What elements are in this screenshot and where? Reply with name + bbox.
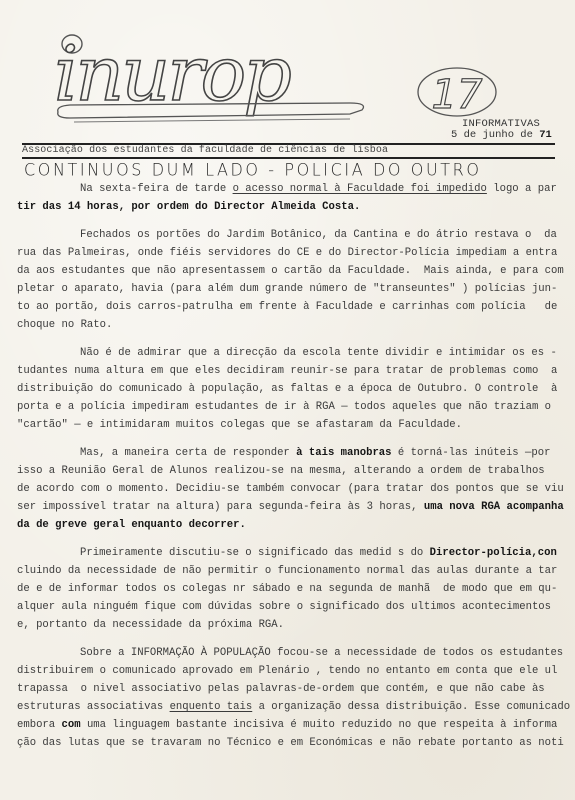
text-line: e, portanto da necessidade da próxima RG… [17,616,562,634]
text-line: "cartão" — e intimidaram muitos colegas … [17,416,562,434]
text-run: rua das Palmeiras, onde fiéis servidores… [17,247,557,259]
text-line: de e de informar todos os colegas nr sáb… [17,580,562,598]
svg-text:17: 17 [432,72,483,118]
text-run: "cartão" — e intimidaram muitos colegas … [17,419,462,431]
text-line: isso a Reunião Geral de Alunos realizou-… [17,462,562,480]
article-paragraph: Sobre a INFORMAÇÃO À POPULAÇÃO focou-se … [17,644,562,752]
logo-wordmark-icon: inurop [50,32,390,127]
article-paragraph: Não é de admirar que a direcção da escol… [17,344,562,434]
text-line: Fechados os portões do Jardim Botânico, … [17,226,562,244]
text-line: trapassa o nivel associativo pelas palav… [17,680,562,698]
text-run: e, portanto da necessidade da próxima RG… [17,619,284,631]
text-line: porta e a polícia impediram estudantes d… [17,398,562,416]
text-run: é torná-las inúteis —por [392,447,551,459]
text-line: embora com uma linguagem bastante incisi… [17,716,562,734]
text-line: da aos estudantes que não apresentassem … [17,262,562,280]
text-line: Não é de admirar que a direcção da escol… [17,344,562,362]
article-body: Na sexta-feira de tarde o acesso normal … [17,180,562,752]
text-run: da aos estudantes que não apresentassem … [17,265,564,277]
header-rule-bottom [22,157,555,159]
text-run: Primeiramente discutiu-se o significado … [80,547,430,559]
article-headline: CONTINUOS DUM LADO - POLICIA DO OUTRO [24,160,482,180]
text-line: tudantes numa altura em que eles decidir… [17,362,562,380]
date-prefix: 5 de junho de [451,129,539,141]
text-run: ser impossível tratar na altura) para se… [17,501,424,513]
paragraph-gap [17,334,562,344]
text-run: uma linguagem bastante incisiva é muito … [81,719,558,731]
text-line: Primeiramente discutiu-se o significado … [17,544,562,562]
text-run: to ao portão, dois carros-patrulha em fr… [17,301,557,313]
paragraph-gap [17,434,562,444]
text-line: estruturas associativas enquento tais a … [17,698,562,716]
text-line: cluindo da necessidade de não permitir o… [17,562,562,580]
text-run: tudantes numa altura em que eles decidir… [17,365,557,377]
text-run: da de greve geral enquanto decorrer. [17,519,246,531]
text-run: porta e a polícia impediram estudantes d… [17,401,551,413]
text-line: de acordo com o momento. Decidiu-se tamb… [17,480,562,498]
article-paragraph: Fechados os portões do Jardim Botânico, … [17,226,562,334]
text-run: pletar o aparato, havia (para além dum g… [17,283,557,295]
article-paragraph: Primeiramente discutiu-se o significado … [17,544,562,634]
text-line: ser impossível tratar na altura) para se… [17,498,562,516]
text-run: alquer aula ninguém fique com dúvidas so… [17,601,551,613]
text-line: Na sexta-feira de tarde o acesso normal … [17,180,562,198]
text-line: Sobre a INFORMAÇÃO À POPULAÇÃO focou-se … [17,644,562,662]
text-run: trapassa o nivel associativo pelas palav… [17,683,545,695]
text-run: o acesso normal à Faculdade foi impedido [233,183,487,195]
text-run: Não é de admirar que a direcção da escol… [80,347,557,359]
text-run: distribuição do comunicado à população, … [17,383,557,395]
text-run: de e de informar todos os colegas nr sáb… [17,583,557,595]
text-run: logo a par [487,183,557,195]
date-year: 71 [539,129,552,141]
text-run: Almeida Costa. [271,201,360,213]
article-paragraph: Mas, a maneira certa de responder à tais… [17,444,562,534]
text-run: Na sexta-feira de tarde [80,183,233,195]
text-line: choque no Rato. [17,316,562,334]
text-run: Sobre a INFORMAÇÃO À POPULAÇÃO focou-se … [80,647,563,659]
text-run: choque no Rato. [17,319,112,331]
text-line: tir das 14 horas, por ordem do Director … [17,198,562,216]
text-run: isso a Reunião Geral de Alunos realizou-… [17,465,545,477]
text-run: à tais manobras [296,447,391,459]
text-line: rua das Palmeiras, onde fiéis servidores… [17,244,562,262]
text-run: embora [17,719,62,731]
text-line: alquer aula ninguém fique com dúvidas so… [17,598,562,616]
text-run: uma nova RGA acompanha [424,501,564,513]
text-line: distribuirem o comunicado aprovado em Pl… [17,662,562,680]
text-line: Mas, a maneira certa de responder à tais… [17,444,562,462]
text-run: de acordo com o momento. Decidiu-se tamb… [17,483,564,495]
text-run: cluindo da necessidade de não permitir o… [17,565,557,577]
text-line: pletar o aparato, havia (para além dum g… [17,280,562,298]
text-run: Fechados os portões do Jardim Botânico, … [80,229,557,241]
organization-name: Associação dos estudantes da faculdade d… [22,145,388,156]
text-run: Mas, a maneira certa de responder [80,447,296,459]
text-run: com [62,719,81,731]
text-line: distribuição do comunicado à população, … [17,380,562,398]
masthead-logo: inurop [50,32,390,127]
paragraph-gap [17,634,562,644]
text-run: a organização dessa distribuição. Esse c… [252,701,570,713]
text-run: distribuirem o comunicado aprovado em Pl… [17,665,557,677]
issue-number-badge: 17 [416,66,498,118]
text-run: ção das lutas que se travaram no Técnico… [17,737,564,749]
text-run: enquento tais [170,701,253,713]
issue-date: 5 de junho de 71 [451,129,552,141]
text-run: estruturas associativas [17,701,170,713]
text-run: Director-polícia,con [430,547,557,559]
text-line: ção das lutas que se travaram no Técnico… [17,734,562,752]
text-run: tir das 14 horas, por ordem do Director [17,201,271,213]
text-line: to ao portão, dois carros-patrulha em fr… [17,298,562,316]
article-paragraph: Na sexta-feira de tarde o acesso normal … [17,180,562,216]
paragraph-gap [17,216,562,226]
text-line: da de greve geral enquanto decorrer. [17,516,562,534]
paragraph-gap [17,534,562,544]
scanned-page: inurop 17 INFORMATIVAS 5 de junho de 71 … [0,0,575,800]
